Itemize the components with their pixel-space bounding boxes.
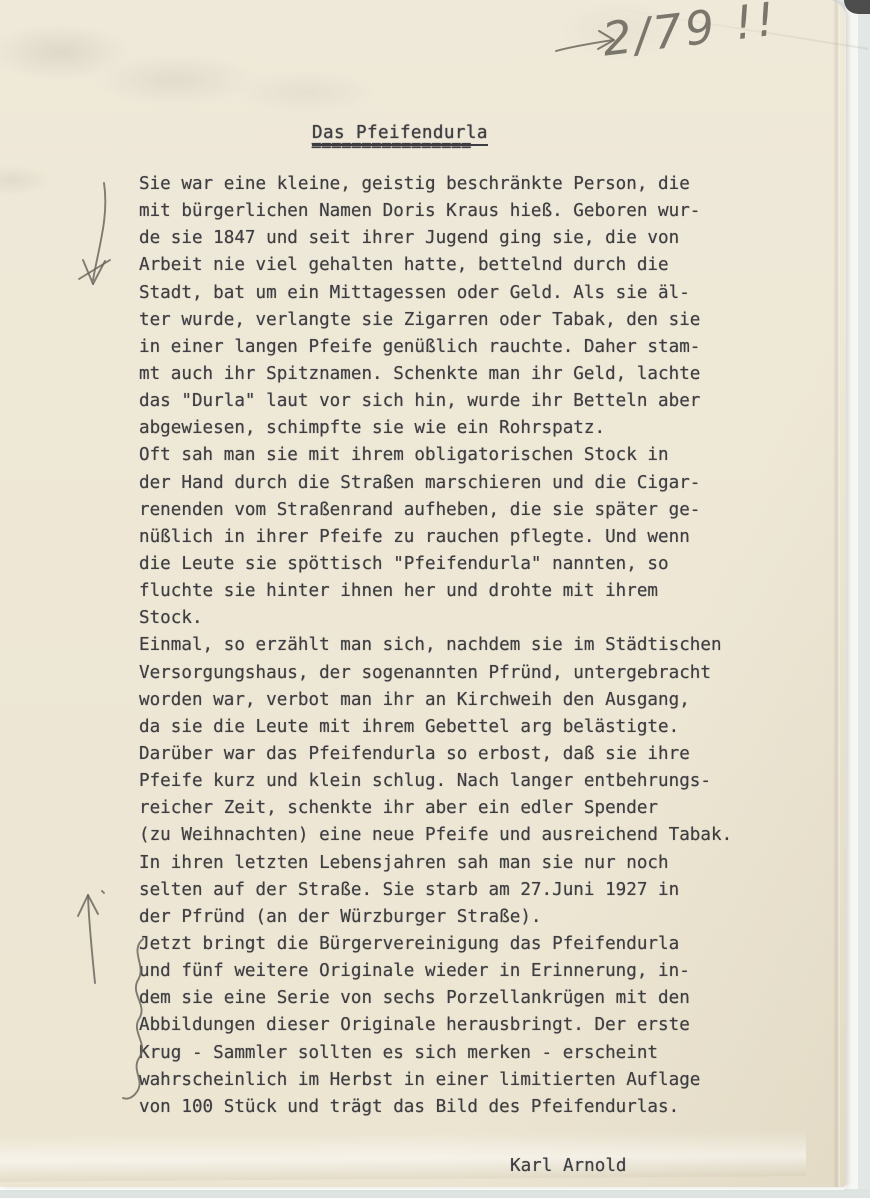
- body-line: Pfeife kurz und klein schlug. Nach lange…: [139, 768, 732, 795]
- body-line: Versorgungshaus, der sogenannten Pfründ,…: [139, 660, 732, 687]
- body-line: Arbeit nie viel gehalten hatte, bettelnd…: [139, 252, 732, 279]
- body-line: der Pfründ (an der Würzburger Straße).: [139, 904, 732, 931]
- body-text: Sie war eine kleine, geistig beschränkte…: [139, 171, 732, 1121]
- body-line: selten auf der Straße. Sie starb am 27.J…: [139, 877, 732, 904]
- body-line: renenden vom Straßenrand aufheben, die s…: [139, 497, 732, 524]
- scanner-edge-strip: [845, 0, 858, 1198]
- body-line: Darüber war das Pfeifendurla so erbost, …: [139, 741, 732, 768]
- body-line: da sie die Leute mit ihrem Gebettel arg …: [139, 714, 732, 741]
- body-line: Oft sah man sie mit ihrem obligatorische…: [139, 442, 732, 469]
- body-line: der Hand durch die Straßen marschieren u…: [139, 470, 732, 497]
- author-signature: Karl Arnold: [510, 1156, 627, 1176]
- body-line: Jetzt bringt die Bürgervereinigung das P…: [139, 931, 732, 958]
- body-line: Stock.: [139, 605, 732, 632]
- body-line: Stadt, bat um ein Mittagessen oder Geld.…: [139, 280, 732, 307]
- paper-fold-bottom: [0, 1130, 806, 1182]
- body-line: Krug - Sammler sollten es sich merken - …: [139, 1040, 732, 1067]
- paper-crease-right: [833, 0, 840, 1187]
- body-line: de sie 1847 und seit ihrer Jugend ging s…: [139, 225, 732, 252]
- body-line: Abbildungen dieser Originale herausbring…: [139, 1012, 732, 1039]
- body-line: mit bürgerlichen Namen Doris Kraus hieß.…: [139, 198, 732, 225]
- body-line: Einmal, so erzählt man sich, nachdem sie…: [139, 632, 732, 659]
- body-line: worden war, verbot man ihr an Kirchweih …: [139, 687, 732, 714]
- body-line: abgewiesen, schimpfte sie wie ein Rohrsp…: [139, 415, 732, 442]
- body-line: (zu Weihnachten) eine neue Pfeife und au…: [139, 822, 732, 849]
- body-line: dem sie eine Serie von sechs Porzellankr…: [139, 985, 732, 1012]
- body-line: fluchte sie hinter ihnen her und drohte …: [139, 578, 732, 605]
- body-line: Sie war eine kleine, geistig beschränkte…: [139, 171, 732, 198]
- title-underline: ================: [311, 136, 471, 156]
- body-line: mt auch ihr Spitznamen. Schenkte man ihr…: [139, 361, 732, 388]
- body-line: ter wurde, verlangte sie Zigarren oder T…: [139, 307, 732, 334]
- body-line: und fünf weitere Originale wieder in Eri…: [139, 958, 732, 985]
- body-line: nüßlich in ihrer Pfeife zu rauchen pfleg…: [139, 524, 732, 551]
- body-line: wahrscheinlich im Herbst in einer limiti…: [139, 1067, 732, 1094]
- body-line: von 100 Stück und trägt das Bild des Pfe…: [139, 1094, 732, 1121]
- scanned-document: { "document": { "title": "Das Pfeifendur…: [0, 0, 870, 1198]
- paper-sheet: Das Pfeifendurla ================ Sie wa…: [0, 0, 846, 1187]
- body-line: das "Durla" laut vor sich hin, wurde ihr…: [139, 388, 732, 415]
- body-line: In ihren letzten Lebensjahren sah man si…: [139, 850, 732, 877]
- body-line: reicher Zeit, schenkte ihr aber ein edle…: [139, 795, 732, 822]
- body-line: die Leute sie spöttisch "Pfeifendurla" n…: [139, 551, 732, 578]
- scanner-bottom-strip: [0, 1189, 870, 1198]
- body-line: in einer langen Pfeife genüßlich rauchte…: [139, 334, 732, 361]
